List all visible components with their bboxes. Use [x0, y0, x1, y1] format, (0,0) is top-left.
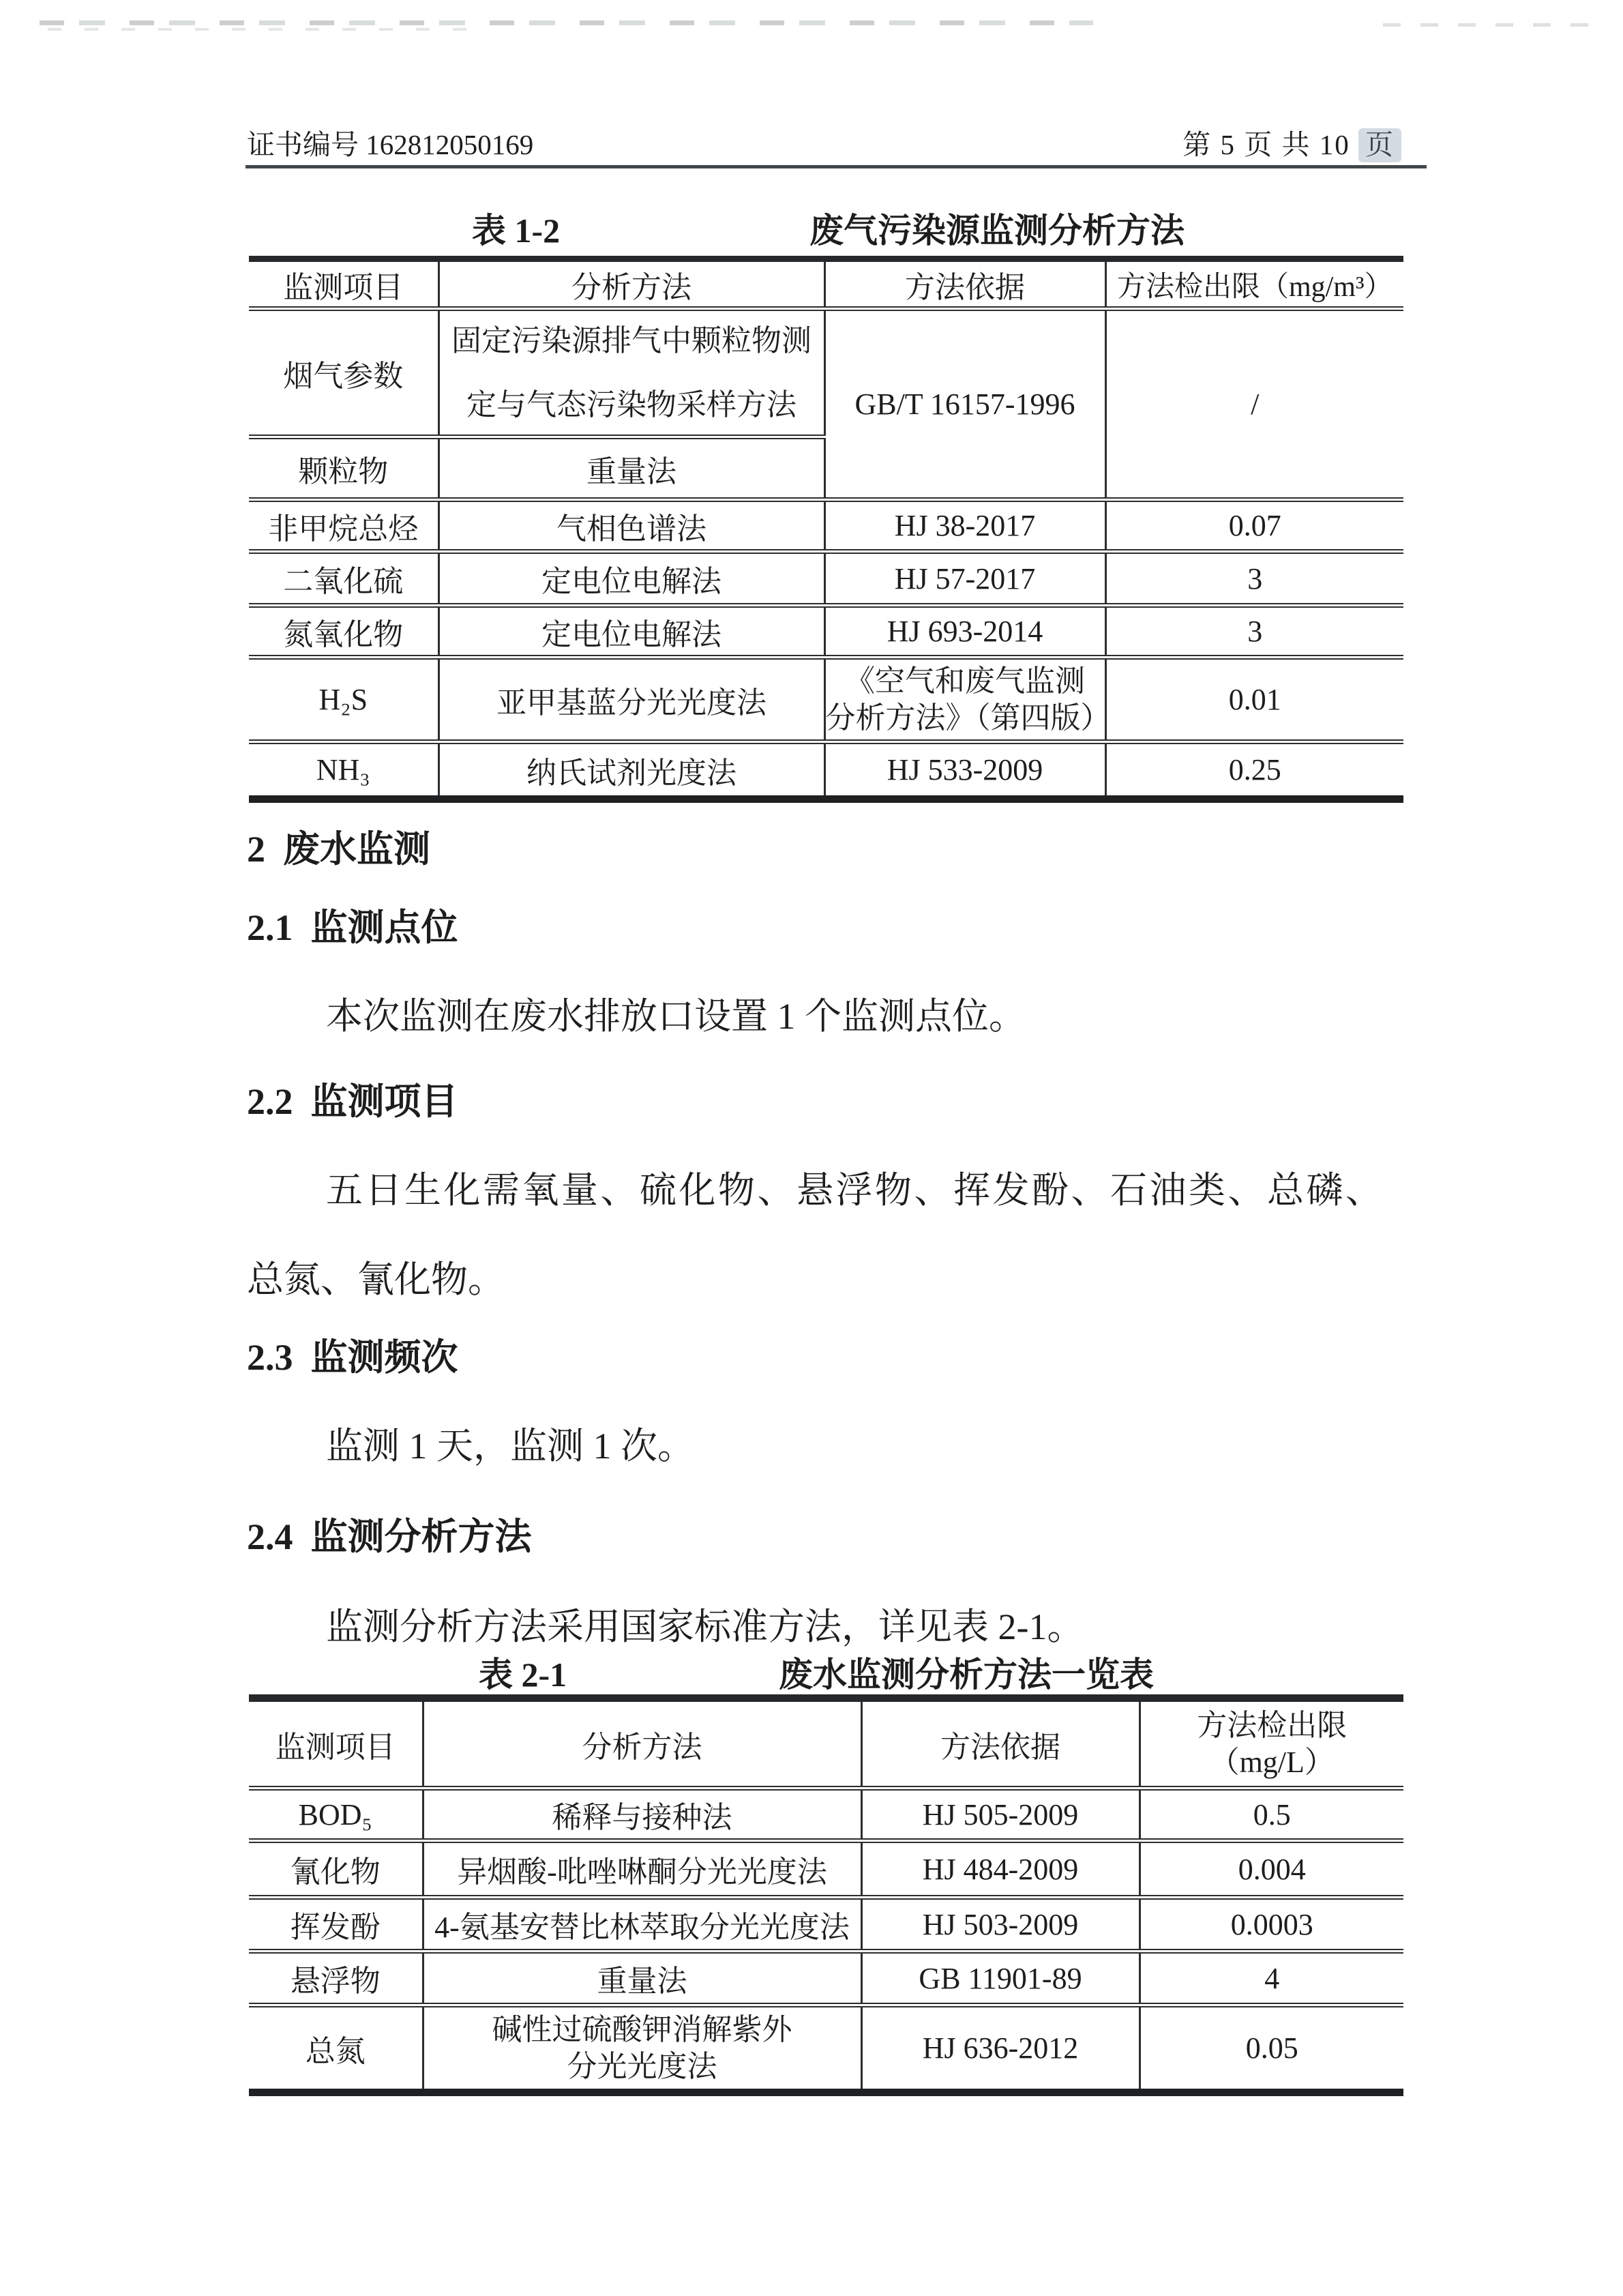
section-heading-2-3: 2.3 监测频次 — [247, 1336, 458, 1379]
cell-limit: 3 — [1105, 606, 1403, 658]
header-rule — [245, 165, 1427, 168]
cell-limit: 0.07 — [1105, 500, 1403, 552]
column-header-method: 分析方法 — [438, 259, 824, 309]
table-row-header: 监测项目 分析方法 方法依据 方法检出限（mg/m³） — [249, 259, 1403, 309]
table-row: 悬浮物 重量法 GB 11901-89 4 — [249, 1952, 1403, 2005]
column-header-basis: 方法依据 — [861, 1698, 1140, 1789]
scan-noise-artifact — [40, 20, 1093, 25]
cell-limit: 0.01 — [1105, 658, 1403, 742]
section-heading-2: 2 废水监测 — [247, 828, 430, 870]
column-header-item: 监测项目 — [249, 259, 438, 309]
cell-basis-line2: 分析方法》（第四版） — [826, 700, 1105, 737]
table-row: 二氧化硫 定电位电解法 HJ 57-2017 3 — [249, 552, 1403, 606]
column-header-limit-line1: 方法检出限 — [1141, 1707, 1404, 1744]
cell-item: 挥发酚 — [249, 1898, 423, 1952]
cell-item: NH₃ — [249, 742, 438, 799]
cell-method: 气相色谱法 — [438, 500, 824, 552]
paragraph-2-2-line1: 五日生化需氧量、硫化物、悬浮物、挥发酚、石油类、总磷、 — [247, 1169, 1406, 1211]
cell-basis: HJ 533-2009 — [824, 742, 1105, 799]
paragraph-2-2-line2: 总氮、氰化物。 — [247, 1259, 1406, 1301]
cell-method: 亚甲基蓝分光光度法 — [438, 658, 824, 742]
column-header-limit: 方法检出限（mg/m³） — [1105, 259, 1403, 309]
page-indicator: 第 5 页 共 10 页 — [1182, 127, 1401, 162]
table-2-1-caption: 表 2-1 废水监测分析方法一览表 — [249, 1655, 1403, 1696]
column-header-limit-line2: （mg/L） — [1141, 1744, 1404, 1781]
cell-item: 非甲烷总烃 — [249, 500, 438, 552]
cell-limit: 0.0003 — [1140, 1898, 1403, 1952]
section-title: 废水监测 — [283, 828, 430, 870]
cell-method-line1: 碱性过硫酸钾消解紫外 — [424, 2012, 861, 2048]
cell-basis: GB/T 16157-1996 — [824, 309, 1105, 500]
table-2-1-label: 表 2-1 — [479, 1655, 567, 1694]
table-row: 非甲烷总烃 气相色谱法 HJ 38-2017 0.07 — [249, 500, 1403, 552]
cell-method-line2: 定与气态污染物采样方法 — [440, 386, 824, 424]
table-row: 挥发酚 4-氨基安替比林萃取分光光度法 HJ 503-2009 0.0003 — [249, 1898, 1403, 1952]
cell-item: 总氮 — [249, 2005, 423, 2093]
section-title: 监测点位 — [311, 907, 458, 949]
table-row: 氰化物 异烟酸-吡唑啉酮分光光度法 HJ 484-2009 0.004 — [249, 1841, 1403, 1898]
cell-method: 定电位电解法 — [438, 552, 824, 606]
section-heading-2-2: 2.2 监测项目 — [247, 1080, 458, 1123]
table-row-header: 监测项目 分析方法 方法依据 方法检出限 （mg/L） — [249, 1698, 1403, 1789]
cell-basis: HJ 503-2009 — [861, 1898, 1140, 1952]
cell-basis: HJ 484-2009 — [861, 1841, 1140, 1898]
cell-basis: HJ 505-2009 — [861, 1789, 1140, 1841]
cell-basis: HJ 693-2014 — [824, 606, 1105, 658]
section-number: 2.3 — [247, 1336, 293, 1379]
table-2-1-title: 废水监测分析方法一览表 — [779, 1655, 1154, 1694]
table-1-2: 监测项目 分析方法 方法依据 方法检出限（mg/m³） 烟气参数 固定污染源排气… — [249, 256, 1403, 803]
cell-limit: 0.004 — [1140, 1841, 1403, 1898]
paragraph-2-4: 监测分析方法采用国家标准方法，详见表 2-1。 — [247, 1606, 1406, 1648]
cell-method: 异烟酸-吡唑啉酮分光光度法 — [423, 1841, 861, 1898]
section-heading-2-4: 2.4 监测分析方法 — [247, 1516, 532, 1558]
section-number: 2.1 — [247, 907, 293, 949]
table-2-1: 监测项目 分析方法 方法依据 方法检出限 （mg/L） BOD₅ 稀释与接种法 … — [249, 1694, 1403, 2096]
table-row: 氮氧化物 定电位电解法 HJ 693-2014 3 — [249, 606, 1403, 658]
cell-method: 重量法 — [438, 437, 824, 500]
cell-method: 4-氨基安替比林萃取分光光度法 — [423, 1898, 861, 1952]
table-1-2-caption: 表 1-2 废气污染源监测分析方法 — [249, 211, 1403, 252]
cell-method-line2: 分光光度法 — [424, 2048, 861, 2085]
cell-basis: GB 11901-89 — [861, 1952, 1140, 2005]
cell-method: 固定污染源排气中颗粒物测 定与气态污染物采样方法 — [438, 309, 824, 437]
column-header-basis: 方法依据 — [824, 259, 1105, 309]
page-indicator-highlight: 页 — [1358, 128, 1401, 162]
scan-noise-artifact — [48, 28, 484, 31]
cell-item: 氮氧化物 — [249, 606, 438, 658]
paragraph-2-1: 本次监测在废水排放口设置 1 个监测点位。 — [247, 995, 1406, 1037]
column-header-method: 分析方法 — [423, 1698, 861, 1789]
cell-basis: HJ 38-2017 — [824, 500, 1105, 552]
cell-item: 悬浮物 — [249, 1952, 423, 2005]
cell-item: 二氧化硫 — [249, 552, 438, 606]
cell-method: 碱性过硫酸钾消解紫外 分光光度法 — [423, 2005, 861, 2093]
table-1-2-title: 废气污染源监测分析方法 — [809, 211, 1185, 250]
cell-limit: / — [1105, 309, 1403, 500]
section-title: 监测频次 — [311, 1336, 458, 1379]
cell-item: H₂S — [249, 658, 438, 742]
section-heading-2-1: 2.1 监测点位 — [247, 907, 458, 949]
table-row: NH₃ 纳氏试剂光度法 HJ 533-2009 0.25 — [249, 742, 1403, 799]
cell-method: 纳氏试剂光度法 — [438, 742, 824, 799]
cell-method: 定电位电解法 — [438, 606, 824, 658]
certificate-number: 证书编号 162812050169 — [247, 127, 533, 162]
cell-limit: 4 — [1140, 1952, 1403, 2005]
cell-method: 稀释与接种法 — [423, 1789, 861, 1841]
cell-limit: 0.5 — [1140, 1789, 1403, 1841]
cell-basis: 《空气和废气监测 分析方法》（第四版） — [824, 658, 1105, 742]
column-header-item: 监测项目 — [249, 1698, 423, 1789]
section-number: 2.2 — [247, 1080, 293, 1123]
document-page: 证书编号 162812050169 第 5 页 共 10 页 表 1-2 废气污… — [0, 0, 1623, 2296]
table-1-2-label: 表 1-2 — [472, 211, 560, 250]
cell-limit: 0.25 — [1105, 742, 1403, 799]
column-header-limit: 方法检出限 （mg/L） — [1140, 1698, 1403, 1789]
paragraph-2-3: 监测 1 天，监测 1 次。 — [247, 1425, 1406, 1467]
cell-item: 烟气参数 — [249, 309, 438, 437]
section-number: 2.4 — [247, 1516, 293, 1558]
section-title: 监测分析方法 — [311, 1516, 532, 1558]
cell-basis-line1: 《空气和废气监测 — [826, 663, 1105, 700]
cell-method: 重量法 — [423, 1952, 861, 2005]
cell-method-line1: 固定污染源排气中颗粒物测 — [440, 322, 824, 360]
cell-limit: 0.05 — [1140, 2005, 1403, 2093]
section-title: 监测项目 — [311, 1080, 458, 1123]
cell-basis: HJ 636-2012 — [861, 2005, 1140, 2093]
table-row: H₂S 亚甲基蓝分光光度法 《空气和废气监测 分析方法》（第四版） 0.01 — [249, 658, 1403, 742]
page-header: 证书编号 162812050169 第 5 页 共 10 页 — [247, 127, 1401, 162]
page-indicator-text: 第 5 页 共 10 — [1182, 129, 1358, 160]
cell-basis: HJ 57-2017 — [824, 552, 1105, 606]
table-row: 总氮 碱性过硫酸钾消解紫外 分光光度法 HJ 636-2012 0.05 — [249, 2005, 1403, 2093]
section-number: 2 — [247, 828, 265, 870]
cell-limit: 3 — [1105, 552, 1403, 606]
cell-item: 颗粒物 — [249, 437, 438, 500]
scan-noise-artifact — [1383, 23, 1594, 27]
cell-item: 氰化物 — [249, 1841, 423, 1898]
table-row: 烟气参数 固定污染源排气中颗粒物测 定与气态污染物采样方法 GB/T 16157… — [249, 309, 1403, 437]
table-row: BOD₅ 稀释与接种法 HJ 505-2009 0.5 — [249, 1789, 1403, 1841]
cell-item: BOD₅ — [249, 1789, 423, 1841]
